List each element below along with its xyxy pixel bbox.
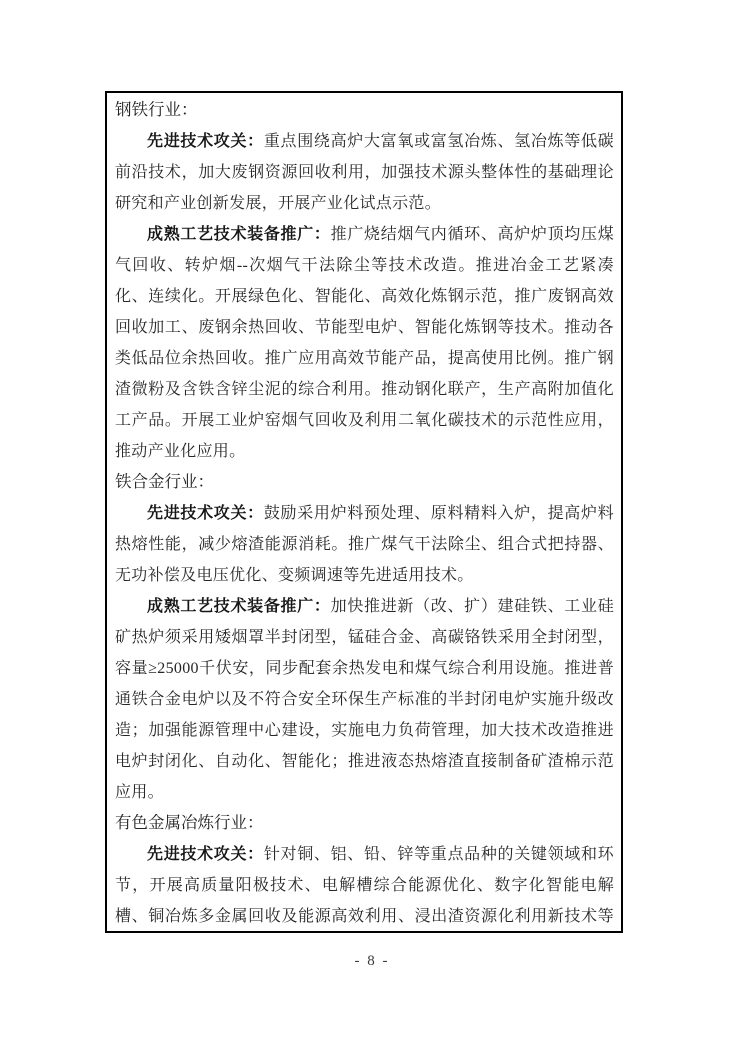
section-heading-steel-industry: 钢铁行业： — [115, 95, 614, 126]
paragraph-nonferrous-advanced-tech: 先进技术攻关：针对铜、铝、铅、锌等重点品种的关键领域和环节，开展高质量阳极技术、… — [115, 839, 614, 933]
paragraph-steel-advanced-tech: 先进技术攻关：重点围绕高炉大富氧或富氢冶炼、氢冶炼等低碳前沿技术，加大废钢资源回… — [115, 126, 614, 219]
paragraph-lead: 先进技术攻关： — [147, 133, 264, 150]
page-number: - 8 - — [0, 953, 744, 970]
paragraph-lead: 成熟工艺技术装备推广： — [147, 226, 331, 243]
paragraph-text: 加快推进新（改、扩）建硅铁、工业硅矿热炉须采用矮烟罩半封闭型，锰硅合金、高碳铬铁… — [115, 598, 614, 801]
document-content-frame: 钢铁行业： 先进技术攻关：重点围绕高炉大富氧或富氢冶炼、氢冶炼等低碳前沿技术，加… — [105, 91, 623, 933]
paragraph-steel-mature-tech: 成熟工艺技术装备推广：推广烧结烟气内循环、高炉炉顶均压煤气回收、转炉烟--次烟气… — [115, 219, 614, 467]
paragraph-lead: 成熟工艺技术装备推广： — [147, 598, 331, 615]
paragraph-lead: 先进技术攻关： — [147, 505, 264, 522]
paragraph-text: 推广烧结烟气内循环、高炉炉顶均压煤气回收、转炉烟--次烟气干法除尘等技术改造。推… — [115, 226, 614, 460]
paragraph-ferroalloy-mature-tech: 成熟工艺技术装备推广：加快推进新（改、扩）建硅铁、工业硅矿热炉须采用矮烟罩半封闭… — [115, 591, 614, 808]
paragraph-lead: 先进技术攻关： — [147, 846, 264, 863]
section-heading-ferroalloy-industry: 铁合金行业： — [115, 467, 614, 498]
section-heading-nonferrous-smelting-industry: 有色金属冶炼行业： — [115, 808, 614, 839]
paragraph-ferroalloy-advanced-tech: 先进技术攻关：鼓励采用炉料预处理、原料精料入炉，提高炉料热熔性能，减少熔渣能源消… — [115, 498, 614, 591]
